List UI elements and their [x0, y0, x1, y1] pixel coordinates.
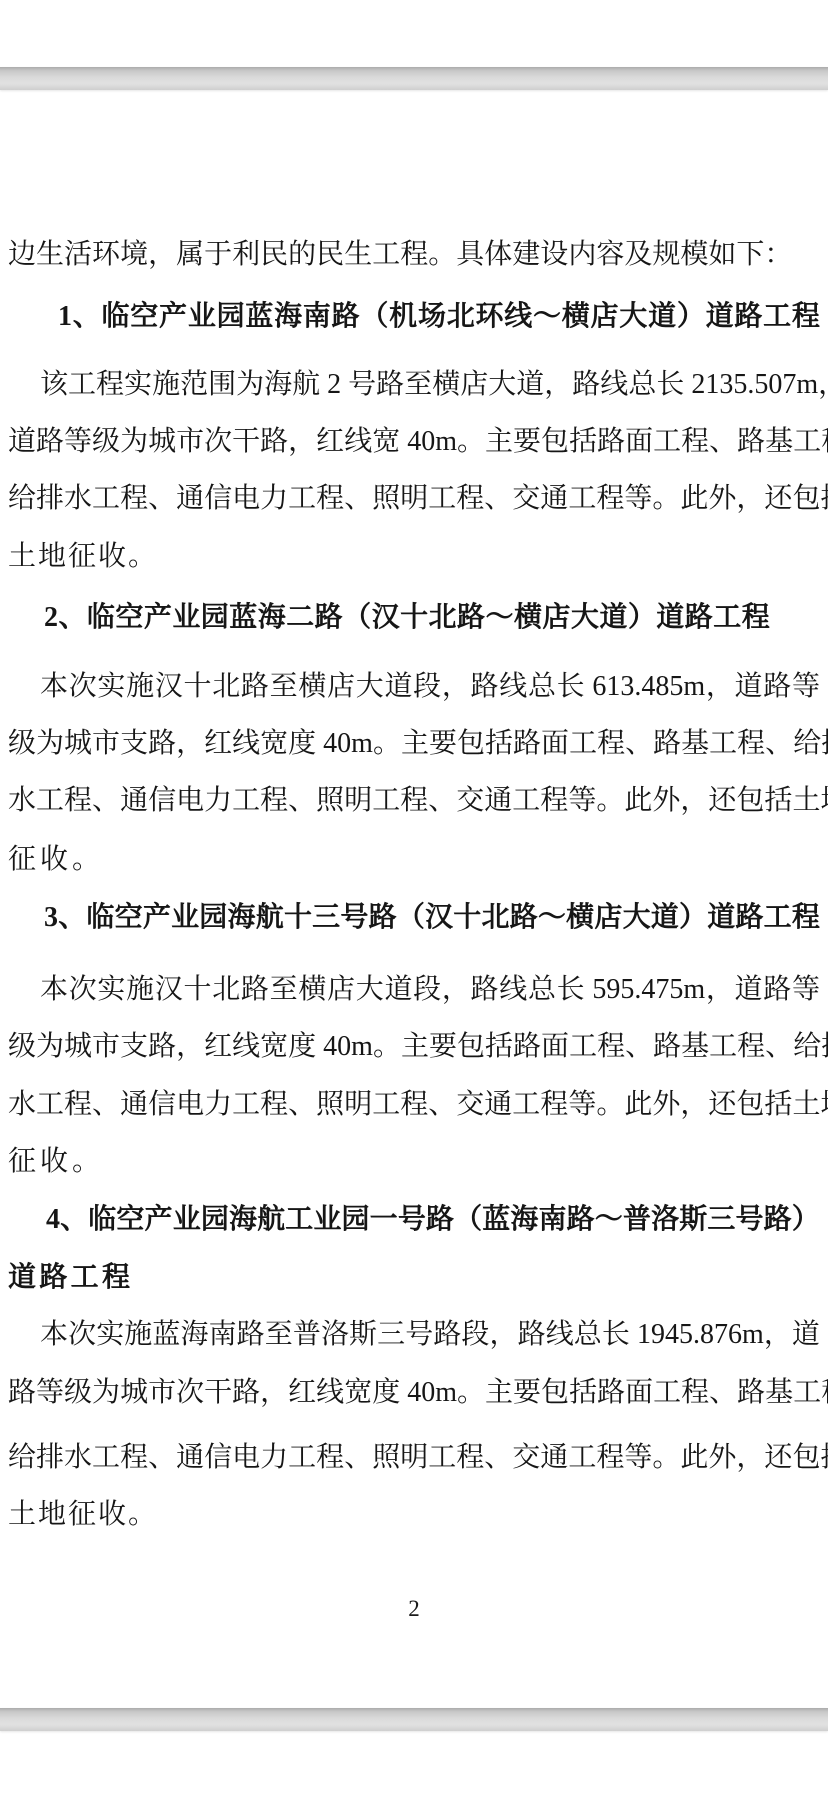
glyph: 工	[92, 1441, 120, 1474]
glyph: 程	[596, 1441, 624, 1474]
glyph: 交	[512, 482, 540, 515]
glyph: 路	[735, 901, 763, 934]
glyph: 程	[792, 901, 820, 934]
glyph: ，	[490, 1318, 518, 1351]
body-text-line: 本次实施汉十北路至横店大道段，路线总长 595.475m，道路等	[40, 973, 820, 1007]
glyph: 城	[148, 425, 176, 458]
glyph: 括	[764, 784, 792, 817]
glyph: 至	[404, 368, 432, 401]
glyph: 南	[303, 300, 331, 333]
glyph: 1	[58, 300, 72, 333]
glyph: ，	[680, 784, 708, 817]
glyph: 市	[176, 425, 204, 458]
glyph: 城	[120, 1376, 148, 1409]
glyph: 总	[528, 670, 556, 703]
glyph: 施	[126, 670, 154, 703]
glyph: 市	[148, 1376, 176, 1409]
glyph: 宽	[344, 1376, 372, 1409]
glyph: 工	[709, 1030, 737, 1063]
glyph: 包	[792, 1441, 820, 1474]
glyph: 1945.876m	[630, 1318, 764, 1351]
glyph: 度	[372, 1376, 400, 1409]
glyph: 。	[596, 784, 624, 817]
heading-line: 道路工程	[8, 1261, 130, 1295]
glyph: 路	[597, 1376, 625, 1409]
glyph: 程	[400, 784, 428, 817]
glyph: 二	[286, 601, 314, 634]
glyph: 海	[258, 601, 286, 634]
glyph: 交	[512, 1441, 540, 1474]
glyph: 规	[652, 238, 680, 271]
glyph: 道	[8, 1261, 36, 1294]
glyph: 征	[68, 1498, 96, 1531]
glyph: 程	[540, 1088, 568, 1121]
glyph: 程	[456, 482, 484, 515]
glyph: 汉	[425, 901, 453, 934]
glyph: 三	[707, 1203, 735, 1236]
glyph: 2	[44, 601, 58, 634]
glyph: 总	[574, 1318, 602, 1351]
glyph: 路	[376, 368, 404, 401]
glyph: 洛	[651, 1203, 679, 1236]
glyph: 、	[625, 727, 653, 760]
glyph: 至	[265, 1318, 293, 1351]
glyph: 为	[36, 727, 64, 760]
glyph: 照	[316, 784, 344, 817]
glyph: 路	[36, 425, 64, 458]
glyph: 工	[653, 425, 681, 458]
glyph: 北	[212, 973, 240, 1006]
glyph: 长	[557, 973, 585, 1006]
glyph: （	[454, 1203, 482, 1236]
glyph: 大	[571, 601, 599, 634]
glyph: 度	[288, 727, 316, 760]
glyph: ：	[764, 238, 792, 271]
glyph: 照	[316, 1088, 344, 1121]
glyph: 此	[624, 784, 652, 817]
glyph: ，	[736, 1441, 764, 1474]
glyph: 横	[298, 670, 326, 703]
glyph: 工	[372, 784, 400, 817]
glyph: 道	[792, 1318, 820, 1351]
glyph: 电	[176, 784, 204, 817]
glyph: 、	[765, 727, 793, 760]
glyph: 程	[456, 1441, 484, 1474]
glyph: ，	[818, 368, 828, 401]
glyph: ，	[706, 670, 734, 703]
glyph: 土	[8, 1498, 36, 1531]
glyph: 要	[429, 727, 457, 760]
glyph: 、	[288, 1088, 316, 1121]
glyph: 通	[484, 784, 512, 817]
glyph: 路	[734, 300, 762, 333]
glyph: 海	[180, 1318, 208, 1351]
glyph: ，	[706, 973, 734, 1006]
glyph: 次	[68, 1318, 96, 1351]
glyph: 通	[120, 784, 148, 817]
glyph: 、	[709, 1376, 737, 1409]
glyph: 本	[40, 973, 68, 1006]
glyph: 工	[713, 601, 741, 634]
glyph: ～	[595, 1203, 623, 1236]
glyph: 2	[320, 368, 348, 401]
glyph: 次	[176, 1376, 204, 1409]
glyph: 此	[680, 482, 708, 515]
glyph: 工	[232, 1088, 260, 1121]
glyph: 程	[540, 784, 568, 817]
glyph: 、	[625, 1030, 653, 1063]
glyph: 电	[176, 1088, 204, 1121]
glyph: 路	[148, 1030, 176, 1063]
glyph: 程	[316, 482, 344, 515]
glyph: 路	[597, 425, 625, 458]
glyph: ，	[442, 973, 470, 1006]
glyph: 路	[241, 670, 269, 703]
glyph: 城	[64, 727, 92, 760]
glyph: 段	[413, 670, 441, 703]
glyph: 给	[8, 1441, 36, 1474]
glyph: 围	[208, 368, 236, 401]
glyph: 支	[120, 1030, 148, 1063]
glyph: 汉	[155, 670, 183, 703]
glyph: 模	[680, 238, 708, 271]
glyph: 基	[681, 1030, 709, 1063]
glyph: 支	[120, 727, 148, 760]
glyph: 程	[400, 1088, 428, 1121]
glyph: 普	[623, 1203, 651, 1236]
glyph: 机	[389, 300, 417, 333]
body-text-line: 土地征收。	[8, 1498, 156, 1532]
glyph: 包	[736, 1088, 764, 1121]
glyph: 属	[176, 238, 204, 271]
glyph: 工	[372, 1088, 400, 1121]
document-scroll-area[interactable]: 边生活环境，属于利民的民生工程。具体建设内容及规模如下：1、临空产业园蓝海南路（…	[0, 0, 828, 1795]
body-text-line: 给排水工程、通信电力工程、照明工程、交通工程等。此外，还包括	[8, 482, 820, 516]
glyph: 地	[820, 784, 828, 817]
glyph: （	[343, 601, 371, 634]
glyph: 工	[68, 368, 96, 401]
glyph: ，	[544, 368, 572, 401]
glyph: （	[360, 300, 388, 333]
glyph: 40m	[400, 425, 457, 458]
glyph: 。	[128, 540, 156, 573]
glyph: 给	[8, 482, 36, 515]
glyph: 产	[143, 901, 171, 934]
glyph: 路	[518, 1318, 546, 1351]
glyph: 内	[568, 238, 596, 271]
glyph: 40m	[400, 1376, 457, 1409]
body-text-line: 征收。	[8, 1145, 100, 1179]
glyph: 路	[685, 601, 713, 634]
glyph: 40m	[316, 1030, 373, 1063]
glyph: 路	[332, 300, 360, 333]
glyph: 。	[72, 843, 100, 876]
body-text-line: 水工程、通信电力工程、照明工程、交通工程等。此外，还包括土地	[8, 1088, 820, 1122]
glyph: 收	[98, 1498, 126, 1531]
glyph: 路	[369, 901, 397, 934]
glyph: 通	[540, 1441, 568, 1474]
glyph: 建	[512, 238, 540, 271]
glyph: 场	[418, 300, 446, 333]
glyph: 产	[159, 300, 187, 333]
glyph: 路	[241, 973, 269, 1006]
glyph: 临	[102, 300, 130, 333]
glyph: 要	[513, 425, 541, 458]
glyph: 路	[232, 1376, 260, 1409]
body-text-line: 级为城市支路，红线宽度 40m。主要包括路面工程、路基工程、给排	[8, 1030, 820, 1064]
glyph: 线	[232, 1030, 260, 1063]
glyph: 工	[232, 784, 260, 817]
glyph: 、	[58, 901, 86, 934]
glyph: 工	[288, 1441, 316, 1474]
glyph: 路	[737, 425, 765, 458]
glyph: 括	[485, 727, 513, 760]
glyph: 面	[541, 1030, 569, 1063]
glyph: 包	[541, 1376, 569, 1409]
glyph: 蓝	[152, 1318, 180, 1351]
glyph: 等	[624, 482, 652, 515]
glyph: 施	[152, 368, 180, 401]
glyph: 。	[373, 1030, 401, 1063]
glyph: 程	[64, 1088, 92, 1121]
glyph: 排	[36, 482, 64, 515]
glyph: 三	[377, 1318, 405, 1351]
glyph: 店	[591, 300, 619, 333]
glyph: ，	[148, 238, 176, 271]
glyph: 等	[792, 670, 820, 703]
glyph: 南	[539, 1203, 567, 1236]
glyph: 道	[648, 300, 676, 333]
glyph: 店	[460, 368, 488, 401]
glyph: 通	[176, 1441, 204, 1474]
glyph: 信	[204, 1441, 232, 1474]
glyph: 工	[793, 1376, 821, 1409]
glyph: 土	[8, 540, 36, 573]
glyph: 程	[102, 1261, 130, 1294]
glyph: 蓝	[229, 601, 257, 634]
glyph: 级	[8, 727, 36, 760]
glyph: 长	[656, 368, 684, 401]
glyph: 道	[735, 670, 763, 703]
glyph: 为	[236, 368, 264, 401]
glyph: 于	[204, 238, 232, 271]
glyph: 及	[624, 238, 652, 271]
glyph: 外	[708, 482, 736, 515]
page-number: 2	[0, 1596, 828, 1622]
glyph: 实	[97, 973, 125, 1006]
glyph: 包	[792, 482, 820, 515]
glyph: 程	[120, 1441, 148, 1474]
glyph: 通	[176, 482, 204, 515]
glyph: 。	[652, 482, 680, 515]
glyph: 、	[92, 784, 120, 817]
glyph: 横	[514, 601, 542, 634]
glyph: 通	[120, 1088, 148, 1121]
glyph: 排	[36, 1441, 64, 1474]
glyph: 业	[313, 1203, 341, 1236]
glyph: 红	[288, 1376, 316, 1409]
glyph: 十	[184, 670, 212, 703]
glyph: ～	[538, 901, 566, 934]
glyph: 路	[433, 1318, 461, 1351]
glyph: 程	[120, 482, 148, 515]
glyph: 空	[116, 1203, 144, 1236]
glyph: 水	[64, 1441, 92, 1474]
glyph: 、	[709, 425, 737, 458]
glyph: 汉	[372, 601, 400, 634]
glyph: 包	[457, 727, 485, 760]
glyph: 北	[429, 601, 457, 634]
glyph: 要	[513, 1376, 541, 1409]
glyph: 店	[542, 601, 570, 634]
glyph: 电	[232, 1441, 260, 1474]
glyph: 路	[653, 727, 681, 760]
glyph: 括	[764, 1088, 792, 1121]
glyph: ～	[485, 601, 513, 634]
glyph: 横	[566, 901, 594, 934]
glyph: ）	[792, 1203, 820, 1236]
glyph: 、	[148, 1441, 176, 1474]
glyph: 工	[569, 1030, 597, 1063]
glyph: 、	[58, 601, 86, 634]
glyph: ）	[628, 601, 656, 634]
glyph: 工	[764, 901, 792, 934]
heading-line: 1、临空产业园蓝海南路（机场北环线～横店大道）道路工程	[58, 300, 820, 334]
glyph: 外	[652, 784, 680, 817]
glyph: ）	[677, 300, 705, 333]
glyph: 此	[680, 1441, 708, 1474]
glyph: 空	[115, 601, 143, 634]
glyph: 路	[513, 1030, 541, 1063]
glyph: 括	[820, 1441, 828, 1474]
glyph: 普	[293, 1318, 321, 1351]
glyph: 工	[512, 1088, 540, 1121]
glyph: 业	[172, 601, 200, 634]
glyph: 通	[484, 1088, 512, 1121]
glyph: 级	[8, 1030, 36, 1063]
glyph: 、	[92, 1088, 120, 1121]
body-text-line: 该工程实施范围为海航 2 号路至横店大道，路线总长 2135.507m，	[40, 368, 823, 402]
glyph: 工	[512, 784, 540, 817]
glyph: 程	[260, 784, 288, 817]
glyph: 主	[485, 425, 513, 458]
glyph: 信	[148, 784, 176, 817]
glyph: 外	[708, 1441, 736, 1474]
glyph: 红	[204, 727, 232, 760]
glyph: 市	[92, 1030, 120, 1063]
glyph: 民	[316, 238, 344, 271]
glyph: 号	[398, 1203, 426, 1236]
glyph: 业	[188, 300, 216, 333]
glyph: 道	[516, 368, 544, 401]
glyph: 程	[737, 727, 765, 760]
glyph: 还	[708, 1088, 736, 1121]
glyph: 空	[115, 901, 143, 934]
glyph: 工	[92, 482, 120, 515]
glyph: 道	[651, 901, 679, 934]
glyph: 北	[481, 901, 509, 934]
glyph: 体	[484, 238, 512, 271]
glyph: 水	[64, 482, 92, 515]
glyph: 总	[528, 973, 556, 1006]
glyph: 十	[400, 601, 428, 634]
glyph: 工	[653, 1376, 681, 1409]
glyph: 地	[38, 540, 66, 573]
glyph: 排	[821, 727, 828, 760]
glyph: 段	[413, 973, 441, 1006]
glyph: 业	[171, 901, 199, 934]
glyph: 线	[499, 670, 527, 703]
glyph: 级	[92, 425, 120, 458]
glyph: 设	[540, 238, 568, 271]
page-separator-top	[0, 67, 828, 90]
glyph: 、	[288, 784, 316, 817]
glyph: 横	[432, 368, 460, 401]
glyph: 还	[764, 482, 792, 515]
glyph: 程	[821, 1376, 828, 1409]
body-text-line: 给排水工程、通信电力工程、照明工程、交通工程等。此外，还包括	[8, 1441, 820, 1475]
glyph: 线	[316, 1376, 344, 1409]
glyph: 土	[792, 1088, 820, 1121]
glyph: 路	[457, 601, 485, 634]
glyph: 排	[821, 1030, 828, 1063]
glyph: 边	[8, 238, 36, 271]
glyph: 电	[232, 482, 260, 515]
glyph: 力	[204, 784, 232, 817]
glyph: 生	[344, 238, 372, 271]
glyph: 。	[373, 727, 401, 760]
glyph: 海	[264, 368, 292, 401]
glyph: 大	[623, 901, 651, 934]
glyph: 土	[792, 784, 820, 817]
glyph: 宽	[260, 1030, 288, 1063]
glyph: 给	[793, 1030, 821, 1063]
glyph: 括	[485, 1030, 513, 1063]
glyph: 路	[315, 601, 343, 634]
glyph: 次	[69, 973, 97, 1006]
glyph: 道	[707, 901, 735, 934]
glyph: 大	[356, 973, 384, 1006]
glyph: 北	[447, 300, 475, 333]
glyph: 路	[763, 670, 791, 703]
glyph: 收	[98, 540, 126, 573]
glyph: 级	[64, 1376, 92, 1409]
glyph: 道	[384, 670, 412, 703]
glyph: 北	[212, 670, 240, 703]
glyph: 线	[504, 300, 532, 333]
glyph: 店	[327, 670, 355, 703]
glyph: 蓝	[482, 1203, 510, 1236]
glyph: 道	[656, 601, 684, 634]
glyph: 店	[594, 901, 622, 934]
glyph: 路	[471, 973, 499, 1006]
glyph: 海	[274, 300, 302, 333]
glyph: 一	[370, 1203, 398, 1236]
glyph: 。	[72, 1145, 100, 1178]
glyph: 路	[567, 1203, 595, 1236]
glyph: 程	[96, 368, 124, 401]
glyph: 实	[97, 670, 125, 703]
glyph: 交	[456, 784, 484, 817]
glyph: 施	[126, 973, 154, 1006]
glyph: 红	[316, 425, 344, 458]
glyph: ，	[260, 1376, 288, 1409]
glyph: 程	[260, 1088, 288, 1121]
glyph: 工	[428, 1441, 456, 1474]
glyph: 红	[204, 1030, 232, 1063]
glyph: 道	[384, 973, 412, 1006]
glyph: 道	[735, 973, 763, 1006]
